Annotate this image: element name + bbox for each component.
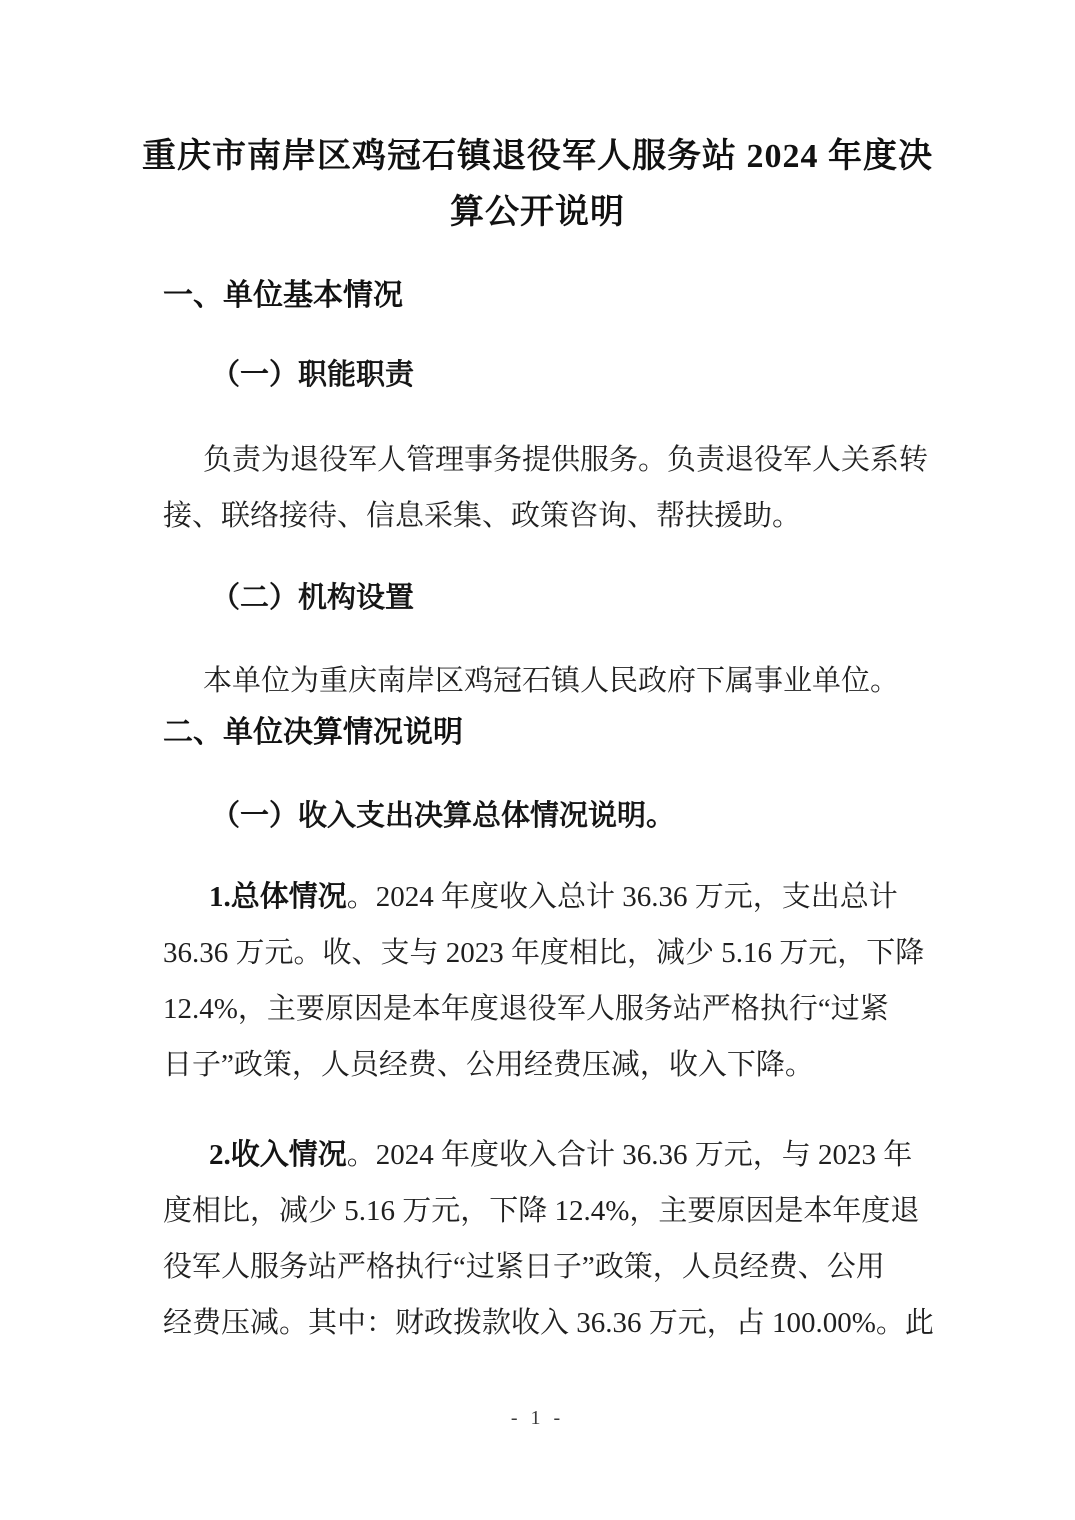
paragraph-line: 本单位为重庆南岸区鸡冠石镇人民政府下属事业单位。	[163, 653, 915, 709]
section-heading-1: 一、单位基本情况	[163, 268, 915, 324]
numbered-item-lead: 2.收入情况	[209, 1139, 347, 1171]
paragraph-line-text: 。2024 年度收入合计 36.36 万元，与 2023 年	[347, 1139, 913, 1171]
paragraph-line: 接、联络接待、信息采集、政策咨询、帮扶援助。	[163, 488, 915, 544]
paragraph-line: 度相比，减少 5.16 万元，下降 12.4%，主要原因是本年度退	[163, 1183, 915, 1239]
paragraph-line: 役军人服务站严格执行“过紧日子”政策，人员经费、公用	[163, 1239, 915, 1295]
document-page: 重庆市南岸区鸡冠石镇退役军人服务站 2024 年度决 算公开说明 一、单位基本情…	[0, 0, 1075, 1520]
section-heading-2: 二、单位决算情况说明	[163, 705, 915, 761]
paragraph-line: 日子”政策，人员经费、公用经费压减，收入下降。	[163, 1037, 915, 1093]
numbered-paragraph-line: 1.总体情况。2024 年度收入总计 36.36 万元，支出总计	[163, 869, 915, 925]
document-title-line-2: 算公开说明	[0, 185, 1075, 241]
numbered-item-lead: 1.总体情况	[209, 881, 347, 913]
paragraph-line: 负责为退役军人管理事务提供服务。负责退役军人关系转	[163, 432, 915, 488]
subsection-heading-1-2: （二）机构设置	[163, 570, 963, 626]
paragraph-line: 经费压减。其中：财政拨款收入 36.36 万元，占 100.00%。此	[163, 1295, 915, 1351]
paragraph-line-text: 。2024 年度收入总计 36.36 万元，支出总计	[347, 881, 898, 913]
subsection-heading-1-1: （一）职能职责	[163, 347, 963, 403]
subsection-heading-2-1: （一）收入支出决算总体情况说明。	[163, 788, 963, 844]
paragraph-line: 12.4%，主要原因是本年度退役军人服务站严格执行“过紧	[163, 981, 915, 1037]
numbered-paragraph-line: 2.收入情况。2024 年度收入合计 36.36 万元，与 2023 年	[163, 1127, 915, 1183]
document-title-line-1: 重庆市南岸区鸡冠石镇退役军人服务站 2024 年度决	[0, 129, 1075, 185]
paragraph-line: 36.36 万元。收、支与 2023 年度相比，减少 5.16 万元，下降	[163, 925, 915, 981]
page-number: - 1 -	[0, 1398, 1075, 1438]
